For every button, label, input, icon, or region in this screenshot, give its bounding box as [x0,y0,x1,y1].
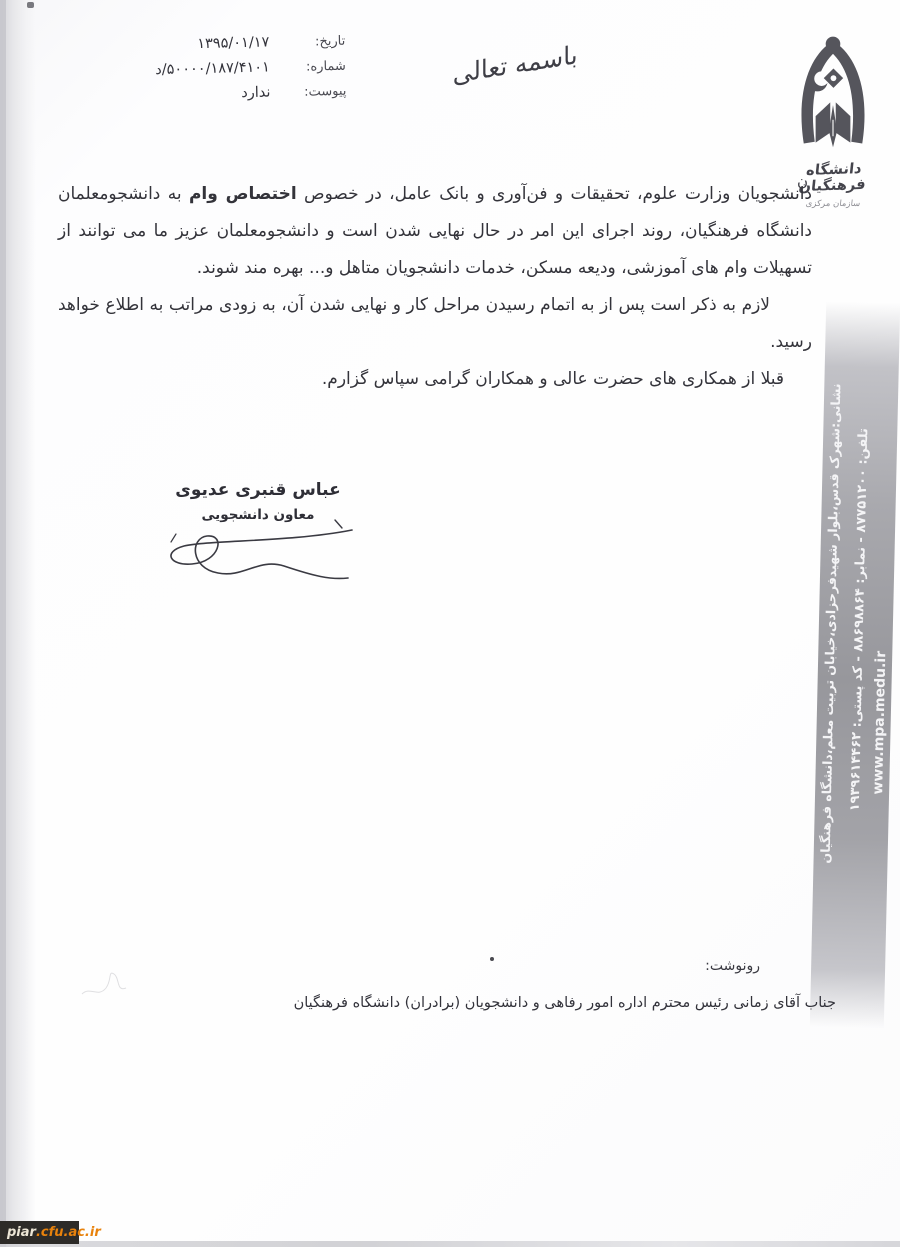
number-label: شماره: [292,59,346,75]
attachment-label: پیوست: [292,84,346,100]
letter-body: دانشجویان وزارت علوم، تحقیقات و فن‌آوری … [58,176,812,398]
scan-left-edge-line [0,0,6,1247]
date-label: تاریخ: [291,34,345,50]
letterhead-address: نشانی:شهرک قدس،بلوار شهیدفرحزادی،خیابان … [815,383,844,983]
cc-label: رونوشت: [705,958,760,974]
scanned-letter-page: تاریخ: ۱۳۹۵/۰۱/۱۷ شماره: د/۵۰۰۰۰/۱۸۷/۴۱۰… [0,0,900,1247]
pencil-smudge [78,958,140,1004]
letter-header-fields: تاریخ: ۱۳۹۵/۰۱/۱۷ شماره: د/۵۰۰۰۰/۱۸۷/۴۱۰… [59,33,347,114]
scan-corner-mark [27,2,34,8]
number-row: شماره: د/۵۰۰۰۰/۱۸۷/۴۱۰۱ [60,58,346,80]
date-value: ۱۳۹۵/۰۱/۱۷ [197,34,269,52]
body-p1-pre: دانشجویان وزارت علوم، تحقیقات و فن‌آوری … [297,184,812,204]
attachment-value: ندارد [241,84,270,101]
farhangian-university-emblem-icon [787,32,879,160]
body-p1-bold: اختصاص وام [189,184,297,204]
watermark-site-prefix: piar [7,1225,36,1240]
number-value: د/۵۰۰۰۰/۱۸۷/۴۱۰۱ [155,59,270,78]
body-paragraph-3: قبلا از همکاری های حضرت عالی و همکاران گ… [58,361,812,398]
besmellah-calligraphy: باسمه تعالی [453,40,578,89]
letterhead-contact: تلفن: ۸۷۷۵۱۲۰۰ - نمابر: ۸۸۶۹۸۸۶۴ - کد پس… [845,428,871,908]
site-watermark-bar: piar.cfu.ac.ir [0,1221,79,1244]
signer-name: عباس قنبری عدیوی [168,480,348,500]
watermark-site-suffix: .cfu.ac.ir [36,1225,101,1240]
attachment-row: پیوست: ندارد [60,83,346,105]
stray-ink-dot [490,957,494,961]
scan-bottom-edge [0,1241,900,1247]
letterhead-side-strip: نشانی:شهرک قدس،بلوار شهیدفرحزادی،خیابان … [810,301,900,1028]
cc-recipient-line: جناب آقای زمانی رئیس محترم اداره امور رف… [294,995,836,1011]
date-row: تاریخ: ۱۳۹۵/۰۱/۱۷ [59,33,345,55]
handwritten-signature [162,516,362,598]
body-paragraph-2: لازم به ذکر است پس از به اتمام رسیدن مرا… [58,287,812,361]
letterhead-website: www.mpa.medu.ir [870,598,890,794]
body-paragraph-1: دانشجویان وزارت علوم، تحقیقات و فن‌آوری … [58,176,812,287]
